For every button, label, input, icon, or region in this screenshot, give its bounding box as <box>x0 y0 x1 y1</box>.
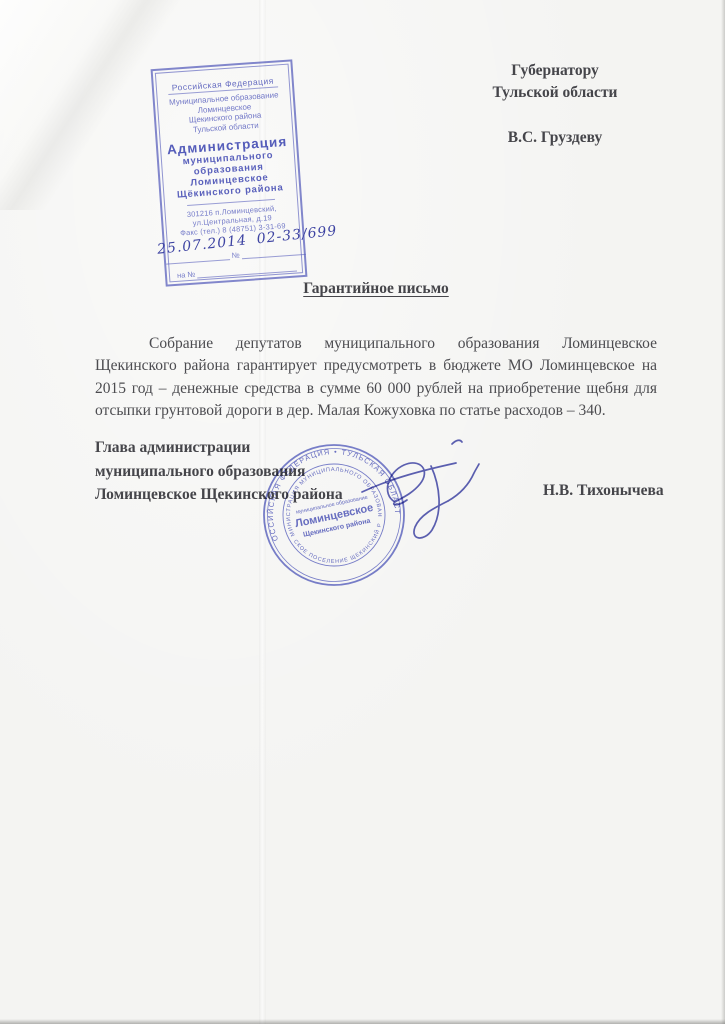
corner-stamp-inner-border: Российская Федерация Муниципальное образ… <box>155 64 303 283</box>
signature-stroke-flick <box>448 464 479 501</box>
signatory-name: Н.В. Тихонычева <box>543 482 664 500</box>
signature-ink <box>352 428 532 558</box>
stamp-ref-underline <box>197 259 297 279</box>
addressee-region: Тульской области <box>448 82 662 104</box>
letter-body: Собрание депутатов муниципального образо… <box>95 333 657 423</box>
signature-stroke-dot <box>452 440 462 444</box>
addressee-name: В.С. Груздеву <box>448 127 662 149</box>
stamp-ref-label: на № <box>175 269 198 280</box>
title-row: Гарантийное письмо <box>95 280 657 298</box>
signature-stroke-sweep <box>362 463 456 492</box>
corner-stamp: Российская Федерация Муниципальное образ… <box>151 59 308 286</box>
scan-edge-right <box>721 0 725 1024</box>
addressee-position: Губернатору <box>448 60 662 82</box>
scanned-letter-page: Российская Федерация Муниципальное образ… <box>0 0 725 1024</box>
stamp-number-sign: № <box>229 250 242 260</box>
letter-title: Гарантийное письмо <box>303 280 449 297</box>
scan-edge-bottom <box>0 1019 725 1024</box>
signature-stroke-loop <box>387 463 424 505</box>
addressee-block: Губернатору Тульской области В.С. Грузде… <box>448 60 662 149</box>
signature-stroke-tail <box>414 466 448 538</box>
